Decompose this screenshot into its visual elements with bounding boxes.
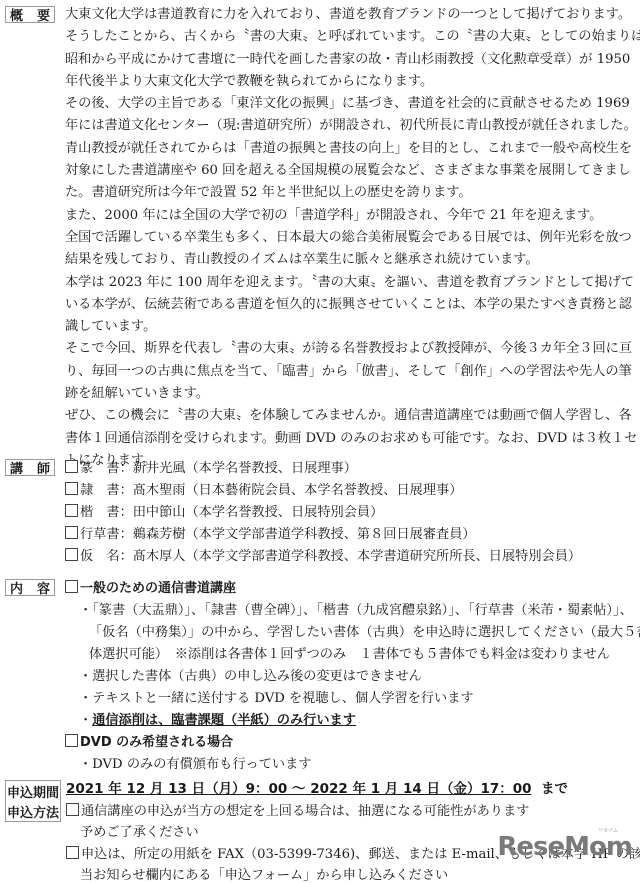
lecturer-item: 楷 書：田中節山（本学名誉教授、日展特別会員）: [65, 502, 633, 524]
course-bullets: ・「篆書（大盂鼎）」、「隷書（曹全碑）」、「楷書（九成宮醴泉銘）」、「行草書（米…: [65, 600, 633, 732]
lecturers-label-left: 講: [10, 458, 23, 477]
period-label: 申込期間: [7, 782, 59, 801]
lecturer-name: 髙木聖雨: [133, 483, 186, 498]
overview-paragraph: 本学は 2023 年に 100 周年を迎えます。〝書の大東〟を謳い、書道を教育ブ…: [65, 272, 633, 339]
checkbox-icon: [65, 734, 78, 747]
checkbox-icon: [65, 526, 78, 539]
overview-paragraph: また、2000 年には全国の大学で初の「書道学科」が開設され、今年で 21 年を…: [65, 205, 633, 272]
lecturer-style: 楷 書: [80, 505, 120, 520]
dvd-bullets: ・DVD のみの有償頒布も行っています: [65, 754, 633, 776]
overview-line: 本学は 2023 年に 100 周年を迎えます。〝書の大東〟を謳い、書道を教育ブ…: [65, 272, 633, 294]
method-item: 通信講座の申込が当方の想定を上回る場合は、抽選になる可能性があります: [66, 801, 634, 823]
overview-line: いる本学が、伝統芸術である書道を恒久的に振興させていくことは、本学の果たすべき責…: [65, 294, 633, 316]
overview-line: た。書道研究所は今年で設置 52 年と半世紀以上の歴史を誇ります。: [65, 182, 633, 204]
lecturer-item: 隷 書：髙木聖雨（日本藝術院会員、本学名誉教授、日展理事）: [65, 480, 633, 502]
lecturer-name: 田中節山: [133, 505, 186, 520]
lecturer-detail: （本学文学部書道学科教授、第８回日展審査員）: [186, 527, 476, 542]
lecturer-name: 新井光風: [133, 461, 186, 476]
lecturer-name: 鵜森芳樹: [133, 527, 186, 542]
overview-line: 識しています。: [65, 316, 633, 338]
lecturer-name: 髙木厚人: [133, 549, 186, 564]
overview-line: ぜひ、この機会に〝書の大東〟を体験してみませんか。通信書道講座では動画で個人学習…: [65, 405, 633, 427]
overview-label: 概 要: [5, 6, 55, 23]
overview-body: 大東文化大学は書道教育に力を入れており、書道を教育ブランドの一つとして掲げており…: [65, 4, 633, 472]
dvd-bullet-1: ・DVD のみの有償頒布も行っています: [79, 754, 633, 776]
lecturer-item: 篆 書：新井光風（本学名誉教授、日展理事）: [65, 458, 633, 480]
overview-line: そうしたことから、古くから〝書の大東〟と呼ばれています。この〝書の大東〟としての…: [65, 26, 633, 48]
lecturer-style: 篆 書: [80, 461, 120, 476]
checkbox-icon: [65, 580, 78, 593]
course-bullet-4-text: 通信添削は、臨書課題（半紙）のみ行います: [92, 713, 356, 728]
overview-line: その後、大学の主旨である「東洋文化の振興」に基づき、書道を社会的に貢献させるため…: [65, 93, 633, 115]
overview-line: 年には書道文化センター（現:書道研究所）が開設され、初代所長に青山教授が就任され…: [65, 115, 633, 137]
course-bullet-2: ・選択した書体（古典）の申し込み後の変更はできません: [79, 666, 633, 688]
content-label-left: 内: [10, 578, 23, 597]
bullet-dot: ・: [79, 713, 92, 728]
period-value-row: 2021 年 12 月 13 日（月）9：00 ～ 2022 年 1 月 14 …: [66, 779, 634, 801]
lecturer-detail: （本学文学部書道学科教授、本学書道研究所所長、日展特別会員）: [186, 549, 582, 564]
period-value: 2021 年 12 月 13 日（月）9：00 ～ 2022 年 1 月 14 …: [66, 781, 532, 797]
method-item-line: 通信講座の申込が当方の想定を上回る場合は、抽選になる可能性があります: [81, 804, 529, 819]
lecturers-label: 講 師: [5, 459, 55, 476]
course-bullet-1-line-1: ・「篆書（大盂鼎）」、「隷書（曹全碑）」、「楷書（九成宮醴泉銘）」、「行草書（米…: [79, 600, 633, 622]
overview-line: 年代後半より大東文化大学で教鞭を執られてからになります。: [65, 71, 633, 93]
lecturer-item: 仮 名：髙木厚人（本学文学部書道学科教授、本学書道研究所所長、日展特別会員）: [65, 546, 633, 568]
checkbox-icon: [65, 460, 78, 473]
overview-label-right: 要: [37, 5, 50, 24]
overview-line: 結果を残しており、青山教授のイズムは卒業生に脈々と継承され続けています。: [65, 249, 633, 271]
resemom-logo: ReseMom: [497, 832, 632, 862]
course-bullet-1-line-3: 体選択可能） ※添削は各書体１回ずつのみ １書体でも５書体でも料金は変わりません: [79, 644, 633, 666]
checkbox-icon: [65, 482, 78, 495]
overview-paragraph: その後、大学の主旨である「東洋文化の振興」に基づき、書道を社会的に貢献させるため…: [65, 93, 633, 204]
overview-line: り、毎回一つの古典に焦点を当て、「臨書」から「倣書」、そして「創作」への学習法や…: [65, 361, 633, 383]
overview-line: 青山教授が就任されてからは「書道の振興と書技の向上」を目的とし、これまで一般や高…: [65, 138, 633, 160]
course-bullet-1-line-2: 「仮名（中務集）」の中から、学習したい書体（古典）を申込時に選択してください（最…: [79, 622, 633, 644]
course-title: 一般のための通信書道講座: [80, 581, 236, 596]
content-label: 内 容: [5, 579, 55, 596]
checkbox-icon: [66, 803, 79, 816]
overview-line: 対象にした書道講座や 60 回を超える全国規模の展覧会など、さまざまな事業を展開…: [65, 160, 633, 182]
overview-label-left: 概: [10, 5, 23, 24]
lecturer-item: 行草書：鵜森芳樹（本学文学部書道学科教授、第８回日展審査員）: [65, 524, 633, 546]
overview-paragraph: そこで今回、斯界を代表し〝書の大東〟が誇る名誉教授および教授陣が、今後３カ年全３…: [65, 338, 633, 405]
method-item-line: 当お知らせ欄内にある「申込フォーム」から申し込みください: [66, 865, 634, 884]
overview-line: 書体１回通信添削を受けられます。動画 DVD のみのお求めも可能です。なお、DV…: [65, 428, 633, 450]
lecturers-label-right: 師: [37, 458, 50, 477]
overview-line: 大東文化大学は書道教育に力を入れており、書道を教育ブランドの一つとして掲げており…: [65, 4, 633, 26]
course-bullet-3: ・テキストと一緒に送付する DVD を視聴し、個人学習を行います: [79, 688, 633, 710]
overview-paragraph: 大東文化大学は書道教育に力を入れており、書道を教育ブランドの一つとして掲げており…: [65, 4, 633, 93]
overview-line: 昭和から平成にかけて書壇に一時代を画した書家の故・青山杉雨教授（文化勲章受章）が…: [65, 49, 633, 71]
overview-line: そこで今回、斯界を代表し〝書の大東〟が誇る名誉教授および教授陣が、今後３カ年全３…: [65, 338, 633, 360]
method-label: 申込方法: [7, 802, 59, 821]
overview-line: 跡を紐解いていきます。: [65, 383, 633, 405]
lecturer-list: 篆 書：新井光風（本学名誉教授、日展理事） 隷 書：髙木聖雨（日本藝術院会員、本…: [65, 458, 633, 568]
lecturer-detail: （日本藝術院会員、本学名誉教授、日展理事）: [186, 483, 463, 498]
overview-line: また、2000 年には全国の大学で初の「書道学科」が開設され、今年で 21 年を…: [65, 205, 633, 227]
dvd-title: DVD のみ希望される場合: [80, 735, 233, 750]
content-body: 一般のための通信書道講座 ・「篆書（大盂鼎）」、「隷書（曹全碑）」、「楷書（九成…: [65, 578, 633, 776]
period-suffix: まで: [541, 781, 568, 797]
content-label-right: 容: [37, 578, 50, 597]
lecturer-style: 隷 書: [80, 483, 120, 498]
application-labels: 申込期間 申込方法: [5, 780, 61, 822]
lecturer-detail: （本学名誉教授、日展特別会員）: [186, 505, 384, 520]
course-bullet-4: ・通信添削は、臨書課題（半紙）のみ行います: [79, 710, 633, 732]
overview-line: 全国で活躍している卒業生も多く、日本最大の総合美術展覧会である日展では、例年光彩…: [65, 227, 633, 249]
lecturer-detail: （本学名誉教授、日展理事）: [186, 461, 357, 476]
dvd-heading: DVD のみ希望される場合: [65, 732, 633, 754]
lecturer-style: 行草書: [80, 527, 120, 542]
lecturer-style: 仮 名: [80, 549, 120, 564]
checkbox-icon: [65, 548, 78, 561]
checkbox-icon: [65, 504, 78, 517]
checkbox-icon: [66, 846, 79, 859]
course-heading: 一般のための通信書道講座: [65, 578, 633, 600]
